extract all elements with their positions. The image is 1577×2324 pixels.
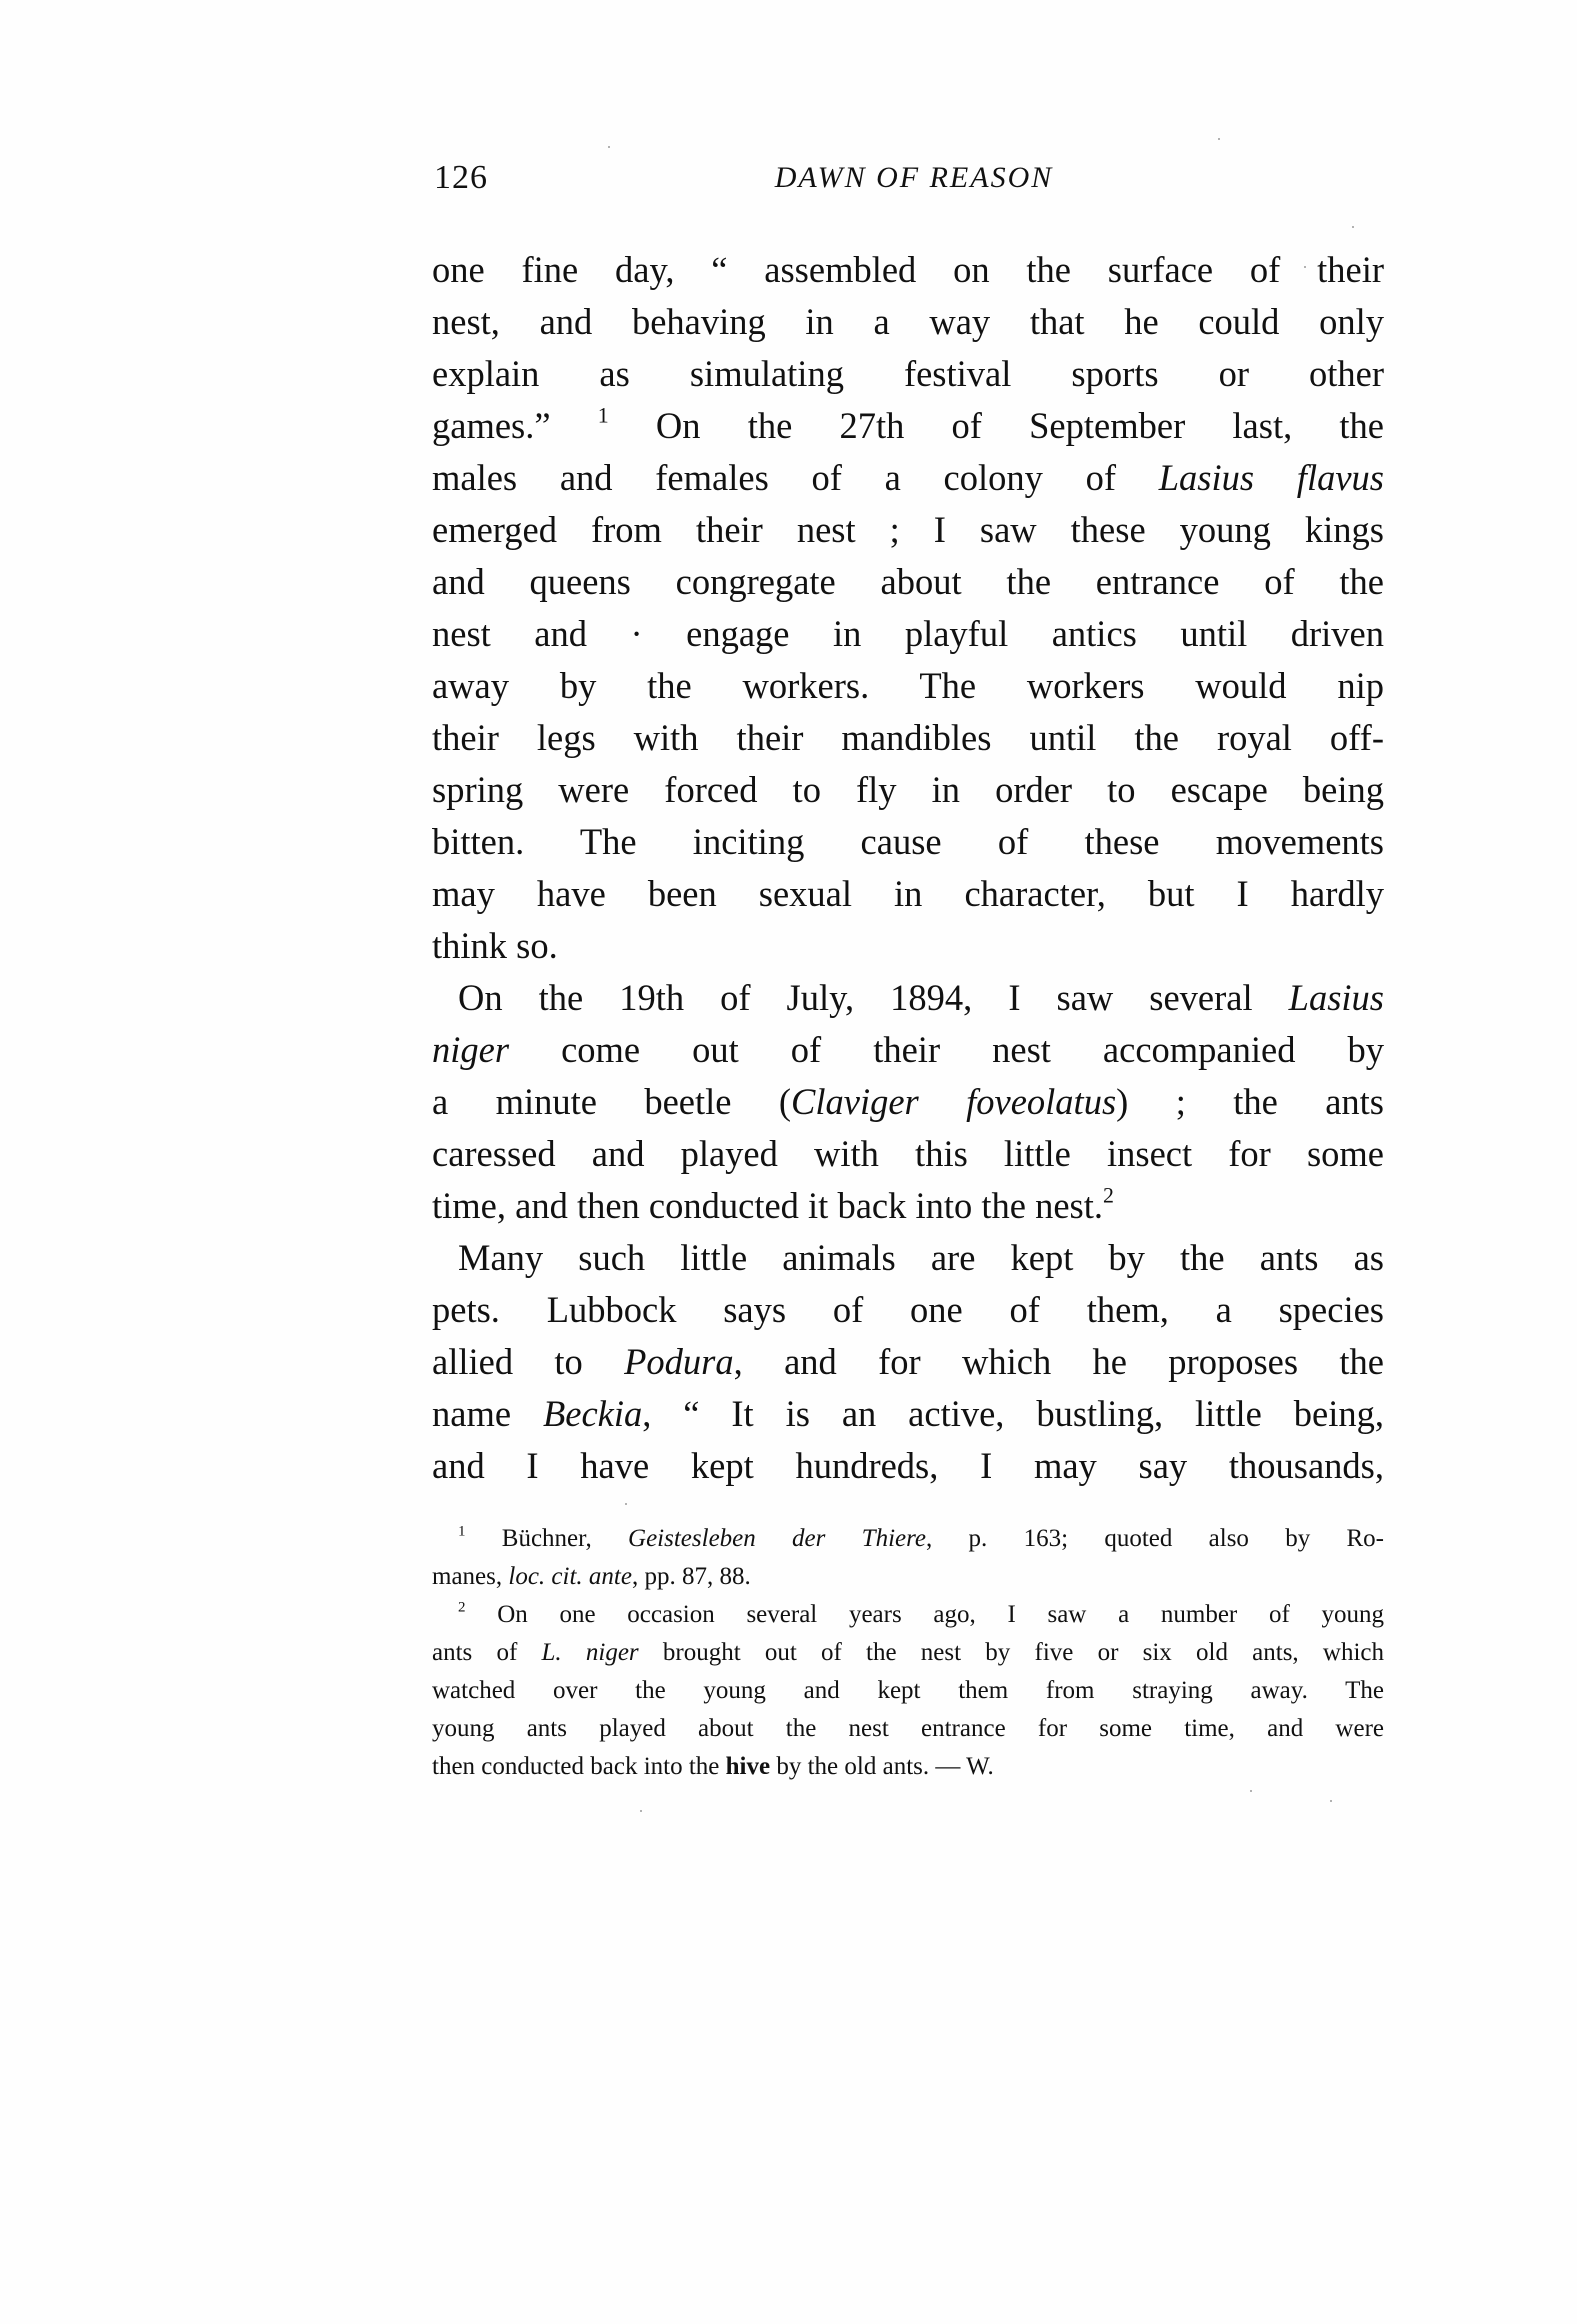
italic-text: L. niger <box>542 1639 639 1666</box>
text-run: young ants played about the nest entranc… <box>432 1715 1384 1742</box>
text-line: time, and then conducted it back into th… <box>432 1180 1384 1232</box>
text-line: and I have kept hundreds, I may say thou… <box>432 1440 1384 1492</box>
footnote-line: 1 Büchner, Geistesleben der Thiere, p. 1… <box>432 1520 1384 1558</box>
text-run: , pp. 87, 88. <box>632 1563 751 1590</box>
text-line: name Beckia, “ It is an active, bustling… <box>432 1388 1384 1440</box>
text-run: brought out of the nest by five or six o… <box>639 1639 1384 1666</box>
text-run: males and females of a colony of <box>432 457 1159 498</box>
running-title: DAWN OF REASON <box>432 156 1384 200</box>
text-line: allied to Podura, and for which he propo… <box>432 1336 1384 1388</box>
text-line: explain as simulating festival sports or… <box>432 348 1384 400</box>
scan-speck <box>1218 138 1220 140</box>
text-line: bitten. The inciting cause of these move… <box>432 816 1384 868</box>
text-run: watched over the young and kept them fro… <box>432 1677 1384 1704</box>
text-line: nest, and behaving in a way that he coul… <box>432 296 1384 348</box>
italic-text: Lasius <box>1289 977 1384 1018</box>
text-run: may have been sexual in character, but I… <box>432 873 1384 914</box>
text-run: , p. 163; quoted also by Ro- <box>926 1525 1384 1552</box>
footnote-line: then conducted back into the hive by the… <box>432 1748 1384 1786</box>
footnote-line: manes, loc. cit. ante, pp. 87, 88. <box>432 1558 1384 1596</box>
italic-text: niger <box>432 1029 509 1070</box>
footnote-line: ants of L. niger brought out of the nest… <box>432 1634 1384 1672</box>
text-run: , and for which he proposes the <box>734 1341 1384 1382</box>
text-run: ants of <box>432 1639 542 1666</box>
text-run: allied to <box>432 1341 624 1382</box>
text-run: On the 27th of September last, the <box>609 405 1384 446</box>
text-run: explain as simulating festival sports or… <box>432 353 1384 394</box>
footnote-line: watched over the young and kept them fro… <box>432 1672 1384 1710</box>
text-run: Many such little animals are kept by the… <box>458 1237 1384 1278</box>
text-run: their legs with their mandibles until th… <box>432 717 1384 758</box>
text-line: nest and · engage in playful antics unti… <box>432 608 1384 660</box>
text-line: On the 19th of July, 1894, I saw several… <box>432 972 1384 1024</box>
scan-speck <box>608 146 610 148</box>
text-line: games.” 1 On the 27th of September last,… <box>432 400 1384 452</box>
book-page: 126 DAWN OF REASON one fine day, “ assem… <box>0 0 1577 2324</box>
text-line: away by the workers. The workers would n… <box>432 660 1384 712</box>
text-run: think so. <box>432 925 558 966</box>
footnote-line: 2 On one occasion several years ago, I s… <box>432 1596 1384 1634</box>
text-run: and I have kept hundreds, I may say thou… <box>432 1445 1384 1486</box>
text-run: spring were forced to fly in order to es… <box>432 769 1384 810</box>
text-line: niger come out of their nest accompanied… <box>432 1024 1384 1076</box>
text-run: games.” <box>432 405 598 446</box>
text-run: manes, <box>432 1563 508 1590</box>
text-run: emerged from their nest ; I saw these yo… <box>432 509 1384 550</box>
text-run: nest and · engage in playful antics unti… <box>432 613 1384 654</box>
text-line: males and females of a colony of Lasius … <box>432 452 1384 504</box>
italic-text: Beckia <box>543 1393 642 1434</box>
scan-speck <box>1352 226 1354 228</box>
body-text: one fine day, “ assembled on the surface… <box>432 244 1384 1492</box>
text-line: think so. <box>432 920 1384 972</box>
bold-text: hive <box>726 1753 770 1780</box>
text-run: pets. Lubbock says of one of them, a spe… <box>432 1289 1384 1330</box>
italic-text: Podura <box>624 1341 734 1382</box>
footnotes: 1 Büchner, Geistesleben der Thiere, p. 1… <box>432 1520 1384 1786</box>
text-run: come out of their nest accompanied by <box>509 1029 1384 1070</box>
text-run: bitten. The inciting cause of these move… <box>432 821 1384 862</box>
text-line: caressed and played with this little ins… <box>432 1128 1384 1180</box>
text-run: nest, and behaving in a way that he coul… <box>432 301 1384 342</box>
scan-speck <box>640 1810 642 1812</box>
text-run: time, and then conducted it back into th… <box>432 1185 1103 1226</box>
scan-speck <box>1330 1800 1332 1802</box>
italic-text: loc. cit. ante <box>508 1563 632 1590</box>
scan-speck <box>625 1503 627 1505</box>
text-run: Büchner, <box>466 1525 629 1552</box>
text-run: On the 19th of July, 1894, I saw several <box>458 977 1289 1018</box>
text-line: their legs with their mandibles until th… <box>432 712 1384 764</box>
text-run: name <box>432 1393 543 1434</box>
italic-text: Lasius flavus <box>1159 457 1384 498</box>
text-run: a minute beetle ( <box>432 1081 791 1122</box>
running-head: 126 DAWN OF REASON <box>432 156 1384 200</box>
italic-text: Geistesleben der Thiere <box>628 1525 926 1552</box>
footnote-marker: 1 <box>598 403 609 428</box>
text-run: one fine day, “ assembled on the surface… <box>432 249 1384 290</box>
text-line: pets. Lubbock says of one of them, a spe… <box>432 1284 1384 1336</box>
text-run: ) ; the ants <box>1116 1081 1384 1122</box>
text-run: caressed and played with this little ins… <box>432 1133 1384 1174</box>
text-run: away by the workers. The workers would n… <box>432 665 1384 706</box>
scan-speck <box>1250 1790 1252 1792</box>
scan-speck <box>1304 266 1306 268</box>
footnote-marker: 2 <box>1103 1183 1114 1208</box>
text-line: Many such little animals are kept by the… <box>432 1232 1384 1284</box>
text-line: spring were forced to fly in order to es… <box>432 764 1384 816</box>
text-line: one fine day, “ assembled on the surface… <box>432 244 1384 296</box>
text-line: emerged from their nest ; I saw these yo… <box>432 504 1384 556</box>
italic-text: Claviger foveolatus <box>791 1081 1116 1122</box>
text-line: and queens congregate about the entrance… <box>432 556 1384 608</box>
footnote-marker: 2 <box>458 1600 466 1616</box>
text-run: On one occasion several years ago, I saw… <box>466 1601 1385 1628</box>
footnote-marker: 1 <box>458 1524 466 1540</box>
text-line: a minute beetle (Claviger foveolatus) ; … <box>432 1076 1384 1128</box>
text-run: by the old ants. — W. <box>770 1753 994 1780</box>
text-run: then conducted back into the <box>432 1753 726 1780</box>
text-run: and queens congregate about the entrance… <box>432 561 1384 602</box>
text-run: , “ It is an active, bustling, little be… <box>642 1393 1384 1434</box>
text-line: may have been sexual in character, but I… <box>432 868 1384 920</box>
footnote-line: young ants played about the nest entranc… <box>432 1710 1384 1748</box>
